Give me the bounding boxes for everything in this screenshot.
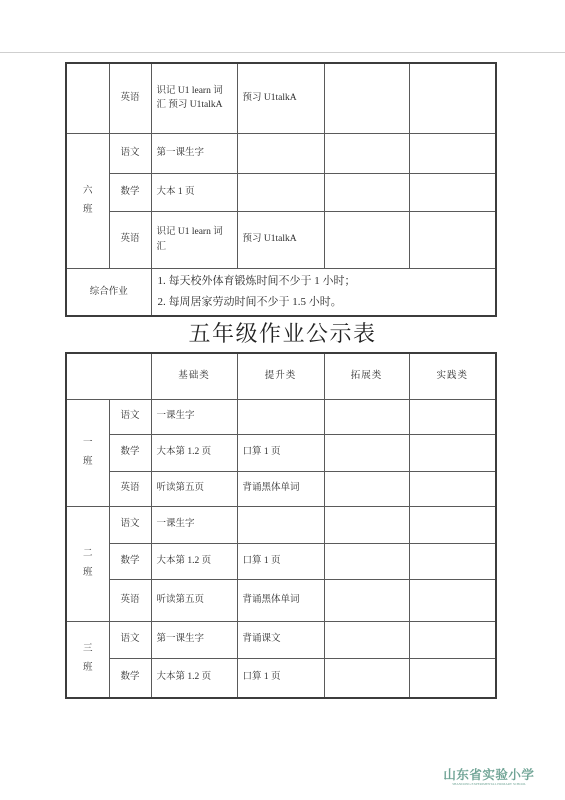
column-header-extend: 拓展类 (324, 353, 409, 399)
table-row: 数学 大本第 1.2 页 口算 1 页 (66, 434, 496, 471)
lift-homework-cell (237, 506, 324, 543)
page-cut-line (0, 52, 565, 53)
column-header-practice: 实践类 (409, 353, 496, 399)
empty-cell (324, 543, 409, 579)
class-cell-six: 六班 (66, 133, 109, 268)
empty-cell (409, 211, 496, 268)
empty-cell (409, 543, 496, 579)
basic-homework-cell: 大本第 1.2 页 (151, 658, 237, 698)
column-header-basic: 基础类 (151, 353, 237, 399)
lift-homework-cell: 预习 U1talkA (237, 63, 324, 133)
subject-cell: 语文 (109, 621, 151, 658)
lift-homework-cell: 口算 1 页 (237, 434, 324, 471)
lift-homework-cell (237, 399, 324, 434)
column-header-lift: 提升类 (237, 353, 324, 399)
empty-cell (409, 399, 496, 434)
subject-cell: 英语 (109, 63, 151, 133)
basic-homework-cell: 识记 U1 learn 词汇 预习 U1talkA (151, 63, 237, 133)
table-row: 数学 大本第 1.2 页 口算 1 页 (66, 543, 496, 579)
empty-cell (324, 658, 409, 698)
empty-cell (409, 471, 496, 506)
basic-homework-cell: 一课生字 (151, 506, 237, 543)
basic-homework-cell: 大本第 1.2 页 (151, 434, 237, 471)
subject-cell: 英语 (109, 471, 151, 506)
table-row: 数学 大本第 1.2 页 口算 1 页 (66, 658, 496, 698)
class-label: 三班 (83, 640, 93, 678)
table-header-row: 基础类 提升类 拓展类 实践类 (66, 353, 496, 399)
empty-cell (324, 63, 409, 133)
subject-cell: 数学 (109, 434, 151, 471)
lift-homework-cell: 预习 U1talkA (237, 211, 324, 268)
class-label: 二班 (83, 545, 93, 583)
basic-homework-cell: 大本第 1.2 页 (151, 543, 237, 579)
empty-cell (409, 434, 496, 471)
basic-homework-cell: 听读第五页 (151, 579, 237, 621)
lift-homework-cell: 口算 1 页 (237, 543, 324, 579)
table-row: 一班 语文 一课生字 (66, 399, 496, 434)
basic-homework-cell: 大本 1 页 (151, 173, 237, 211)
table-row: 英语 听读第五页 背诵黑体单词 (66, 471, 496, 506)
empty-cell (409, 621, 496, 658)
lift-homework-cell: 口算 1 页 (237, 658, 324, 698)
empty-cell (409, 173, 496, 211)
table-row: 综合作业 1. 每天校外体育锻炼时间不少于 1 小时； 2. 每周居家劳动时间不… (66, 268, 496, 316)
empty-cell (409, 63, 496, 133)
summary-line-1: 1. 每天校外体育锻炼时间不少于 1 小时； (158, 271, 491, 292)
basic-homework-cell: 第一课生字 (151, 133, 237, 173)
empty-cell (324, 399, 409, 434)
basic-homework-cell: 听读第五页 (151, 471, 237, 506)
table-row: 数学 大本 1 页 (66, 173, 496, 211)
homework-table-top: 英语 识记 U1 learn 词汇 预习 U1talkA 预习 U1talkA … (65, 62, 497, 317)
table-row: 三班 语文 第一课生字 背诵课文 (66, 621, 496, 658)
lift-homework-cell (237, 133, 324, 173)
subject-cell: 英语 (109, 579, 151, 621)
subject-cell: 数学 (109, 658, 151, 698)
subject-cell: 数学 (109, 543, 151, 579)
class-cell-empty (66, 63, 109, 133)
empty-cell (409, 133, 496, 173)
empty-cell (324, 471, 409, 506)
empty-cell (324, 173, 409, 211)
class-cell-three: 三班 (66, 621, 109, 698)
empty-cell (409, 506, 496, 543)
school-watermark: 山东省实验小学 SHANDONG EXPERIMENTAL PRIMARY SC… (422, 768, 556, 789)
lift-homework-cell: 背诵黑体单词 (237, 579, 324, 621)
summary-content-cell: 1. 每天校外体育锻炼时间不少于 1 小时； 2. 每周居家劳动时间不少于 1.… (151, 268, 496, 316)
page-title: 五年级作业公示表 (0, 317, 565, 348)
class-cell-two: 二班 (66, 506, 109, 621)
class-label: 六班 (83, 182, 93, 220)
empty-cell (324, 133, 409, 173)
basic-homework-cell: 一课生字 (151, 399, 237, 434)
basic-homework-cell: 第一课生字 (151, 621, 237, 658)
subject-cell: 数学 (109, 173, 151, 211)
subject-cell: 语文 (109, 133, 151, 173)
empty-cell (409, 658, 496, 698)
table-row: 英语 听读第五页 背诵黑体单词 (66, 579, 496, 621)
summary-line-2: 2. 每周居家劳动时间不少于 1.5 小时。 (158, 292, 491, 313)
table-row: 六班 语文 第一课生字 (66, 133, 496, 173)
summary-label-cell: 综合作业 (66, 268, 151, 316)
table-row: 二班 语文 一课生字 (66, 506, 496, 543)
empty-cell (324, 506, 409, 543)
lift-homework-cell: 背诵黑体单词 (237, 471, 324, 506)
corner-cell (66, 353, 151, 399)
empty-cell (324, 579, 409, 621)
school-name-en: SHANDONG EXPERIMENTAL PRIMARY SCHOOL (452, 783, 526, 786)
subject-cell: 英语 (109, 211, 151, 268)
homework-table-grade5: 基础类 提升类 拓展类 实践类 一班 语文 一课生字 数学 大本第 1.2 页 … (65, 352, 497, 699)
class-label: 一班 (83, 434, 93, 472)
school-name-cn: 山东省实验小学 (422, 768, 556, 783)
subject-cell: 语文 (109, 399, 151, 434)
table-row: 英语 识记 U1 learn 词汇 预习 U1talkA (66, 211, 496, 268)
empty-cell (324, 434, 409, 471)
lift-homework-cell (237, 173, 324, 211)
lift-homework-cell: 背诵课文 (237, 621, 324, 658)
table-row: 英语 识记 U1 learn 词汇 预习 U1talkA 预习 U1talkA (66, 63, 496, 133)
empty-cell (324, 211, 409, 268)
empty-cell (409, 579, 496, 621)
subject-cell: 语文 (109, 506, 151, 543)
empty-cell (324, 621, 409, 658)
basic-homework-cell: 识记 U1 learn 词汇 (151, 211, 237, 268)
class-cell-one: 一班 (66, 399, 109, 506)
